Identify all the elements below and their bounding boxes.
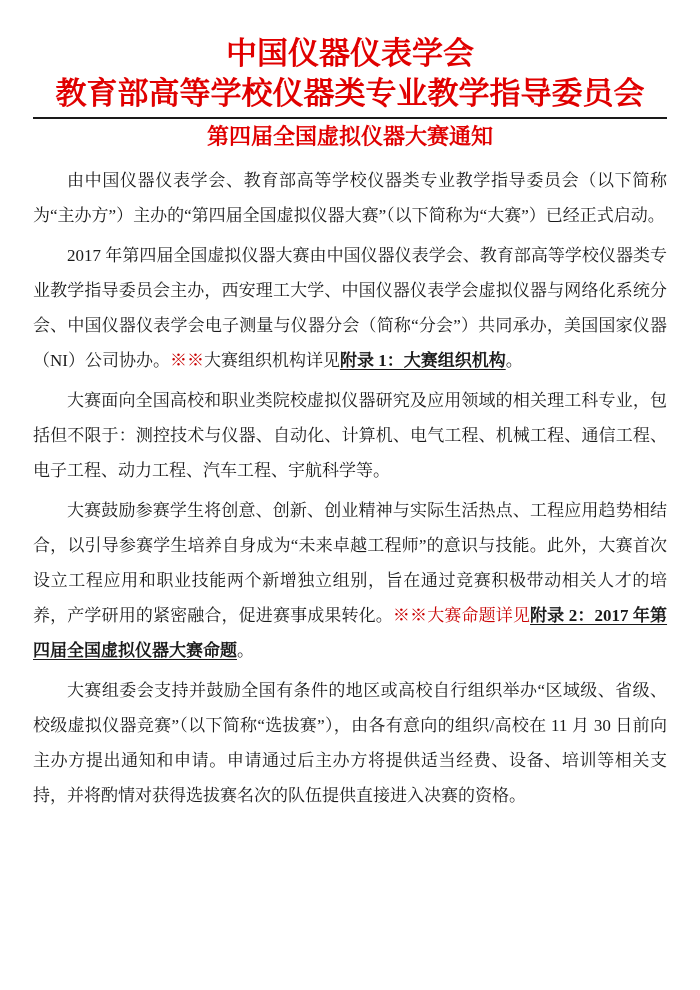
text-segment: ※※大赛命题详见: [393, 606, 530, 625]
paragraph: 大赛鼓励参赛学生将创意、创新、创业精神与实际生活热点、工程应用趋势相结合，以引导…: [33, 493, 667, 668]
text-segment: 附录 1：大赛组织机构: [340, 351, 506, 370]
text-segment: 大赛面向全国高校和职业类院校虚拟仪器研究及应用领域的相关理工科专业，包括但不限于…: [33, 391, 667, 480]
text-segment: 大赛组委会支持并鼓励全国有条件的地区或高校自行组织举办“区域级、省级、校级虚拟仪…: [33, 681, 667, 805]
text-segment: 。: [237, 641, 254, 660]
paragraph: 大赛组委会支持并鼓励全国有条件的地区或高校自行组织举办“区域级、省级、校级虚拟仪…: [33, 673, 667, 813]
document-page: 中国仪器仪表学会 教育部高等学校仪器类专业教学指导委员会 第四届全国虚拟仪器大赛…: [0, 0, 700, 990]
document-subtitle: 第四届全国虚拟仪器大赛通知: [33, 122, 667, 152]
document-body: 由中国仪器仪表学会、教育部高等学校仪器类专业教学指导委员会（以下简称为“主办方”…: [33, 163, 667, 813]
paragraph: 2017 年第四届全国虚拟仪器大赛由中国仪器仪表学会、教育部高等学校仪器类专业教…: [33, 238, 667, 378]
text-segment: 。: [506, 351, 523, 370]
text-segment: 大赛组织机构详见: [204, 351, 340, 370]
document-title-line2: 教育部高等学校仪器类专业教学指导委员会: [33, 74, 667, 114]
header-divider: [33, 117, 667, 119]
paragraph: 大赛面向全国高校和职业类院校虚拟仪器研究及应用领域的相关理工科专业，包括但不限于…: [33, 383, 667, 488]
document-title-line1: 中国仪器仪表学会: [33, 34, 667, 74]
paragraph: 由中国仪器仪表学会、教育部高等学校仪器类专业教学指导委员会（以下简称为“主办方”…: [33, 163, 667, 233]
text-segment: 由中国仪器仪表学会、教育部高等学校仪器类专业教学指导委员会（以下简称为“主办方”…: [33, 171, 667, 225]
text-segment: ※※: [170, 351, 204, 370]
